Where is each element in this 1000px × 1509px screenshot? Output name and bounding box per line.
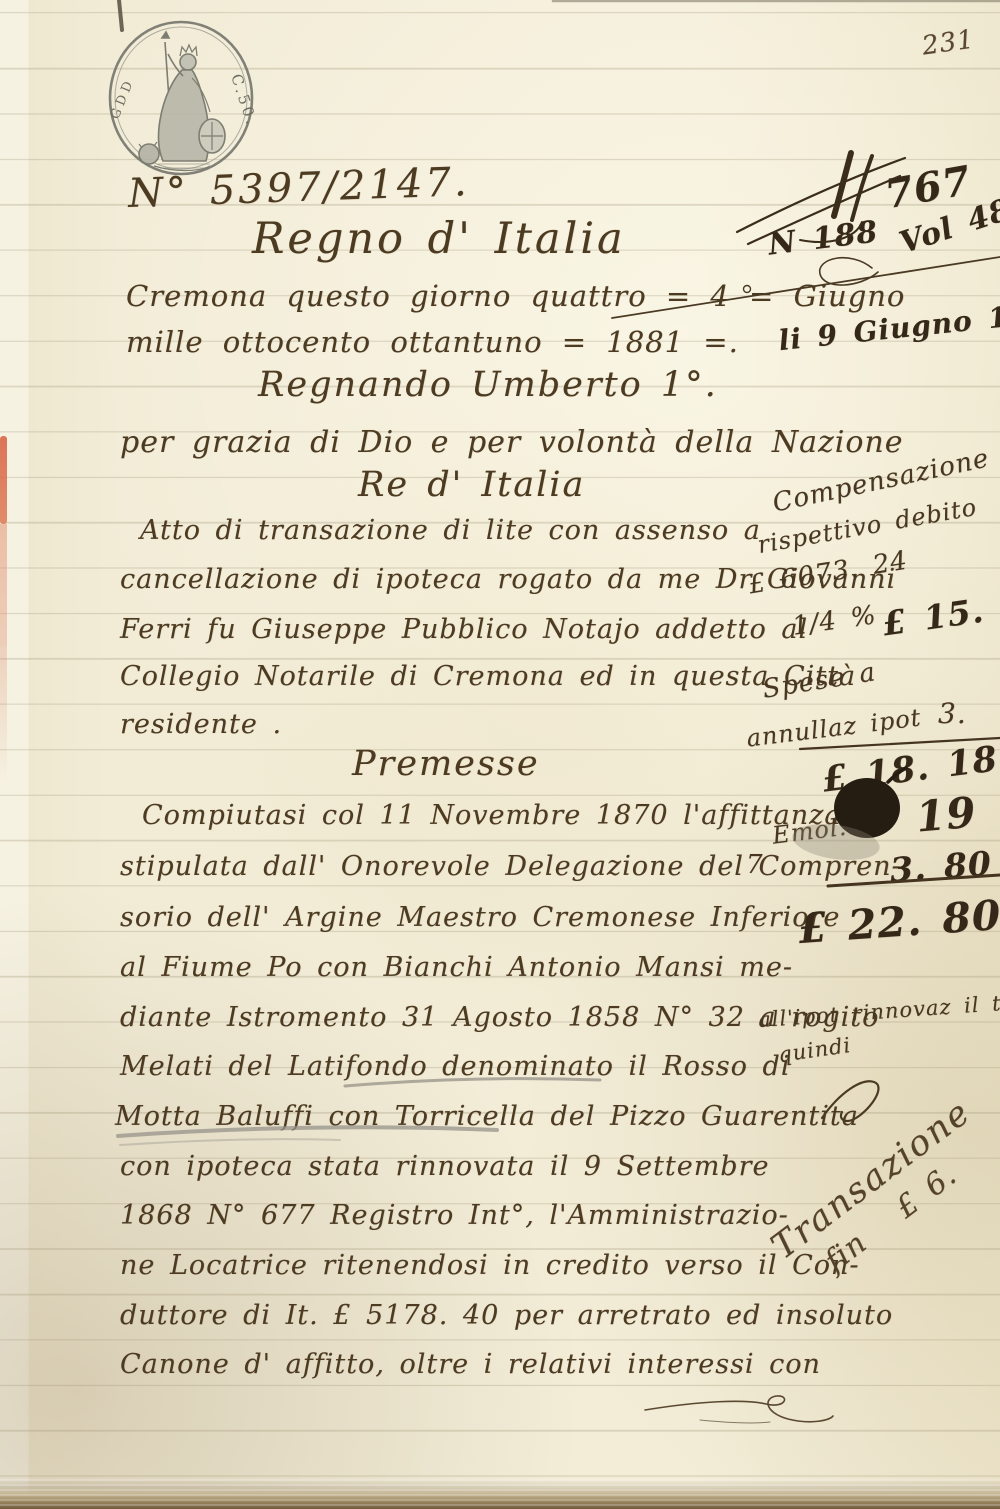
- margin-value: 3. 80: [889, 846, 993, 886]
- stamp-denomination: C.50.: [227, 72, 261, 129]
- red-binding-mark: [0, 436, 7, 524]
- manuscript-line: Collegio Notarile di Cremona ed in quest…: [120, 663, 856, 690]
- revenue-stamp: C.50. GDD: [104, 16, 262, 182]
- margin-label: 7: [746, 852, 764, 878]
- margin-value: 19: [914, 791, 978, 838]
- manuscript-page: C.50. GDD 231 N° 5397/2147. Regno d' Ita…: [0, 0, 1000, 1509]
- manuscript-line: sorio dell' Argine Maestro Cremonese Inf…: [120, 904, 840, 931]
- margin-fee-amount: £ 15. 10: [881, 585, 1000, 641]
- margin-total: £ 22. 80: [797, 895, 1000, 950]
- page-bottom-edge: [0, 1479, 1000, 1509]
- heading-premesse: Premesse: [352, 747, 540, 782]
- margin-folio: N 188: [767, 217, 880, 260]
- document-number: N° 5397/2147.: [127, 162, 470, 214]
- manuscript-line: stipulata dall' Onorevole Delegazione de…: [120, 853, 902, 880]
- manuscript-line: Canone d' affitto, oltre i relativi inte…: [120, 1351, 821, 1378]
- manuscript-line: per grazia di Dio e per volontà della Na…: [120, 428, 904, 458]
- heading-regnando: Regnando Umberto 1°.: [258, 368, 718, 403]
- manuscript-line: Atto di transazione di lite con assenso …: [140, 517, 761, 544]
- red-binding-mark: [0, 646, 7, 786]
- document-title: Regno d' Italia: [252, 218, 626, 261]
- margin-note-spese: annullaz ipot: [745, 705, 922, 750]
- margin-amount: 3.: [938, 700, 967, 728]
- manuscript-line: 1868 N° 677 Registro Int°, l'Amministraz…: [120, 1202, 789, 1229]
- manuscript-line: al Fiume Po con Bianchi Antonio Mansi me…: [120, 954, 793, 981]
- manuscript-line: Compiutasi col 11 Novembre 1870 l'affitt…: [142, 802, 841, 829]
- manuscript-line: Cremona questo giorno quattro = 4 = Giug…: [126, 282, 905, 311]
- page-number: 231: [920, 26, 976, 59]
- margin-note-ipoteca: quindi: [777, 1035, 853, 1066]
- stamp-figure-italia: [139, 32, 225, 171]
- manuscript-line: con ipoteca stata rinnovata il 9 Settemb…: [120, 1153, 769, 1180]
- manuscript-line: residente .: [120, 711, 282, 738]
- manuscript-line: Melati del Latifondo denominato il Rosso…: [120, 1053, 790, 1080]
- manuscript-line: mille ottocento ottantuno = 1881 =.: [126, 328, 739, 357]
- manuscript-line: Motta Baluffi con Torricella del Pizzo G…: [115, 1103, 859, 1130]
- manuscript-line: ne Locatrice ritenendosi in credito vers…: [120, 1252, 860, 1279]
- manuscript-line: duttore di It. £ 5178. 40 per arretrato …: [120, 1302, 893, 1329]
- heading-re-ditalia: Re d' Italia: [358, 468, 585, 503]
- margin-fee-rate: 1/4 %: [791, 602, 879, 640]
- stamp-arc-text: GDD: [108, 76, 138, 122]
- manuscript-line: Ferri fu Giuseppe Pubblico Notajo addett…: [120, 616, 808, 643]
- red-binding-mark: [0, 524, 7, 646]
